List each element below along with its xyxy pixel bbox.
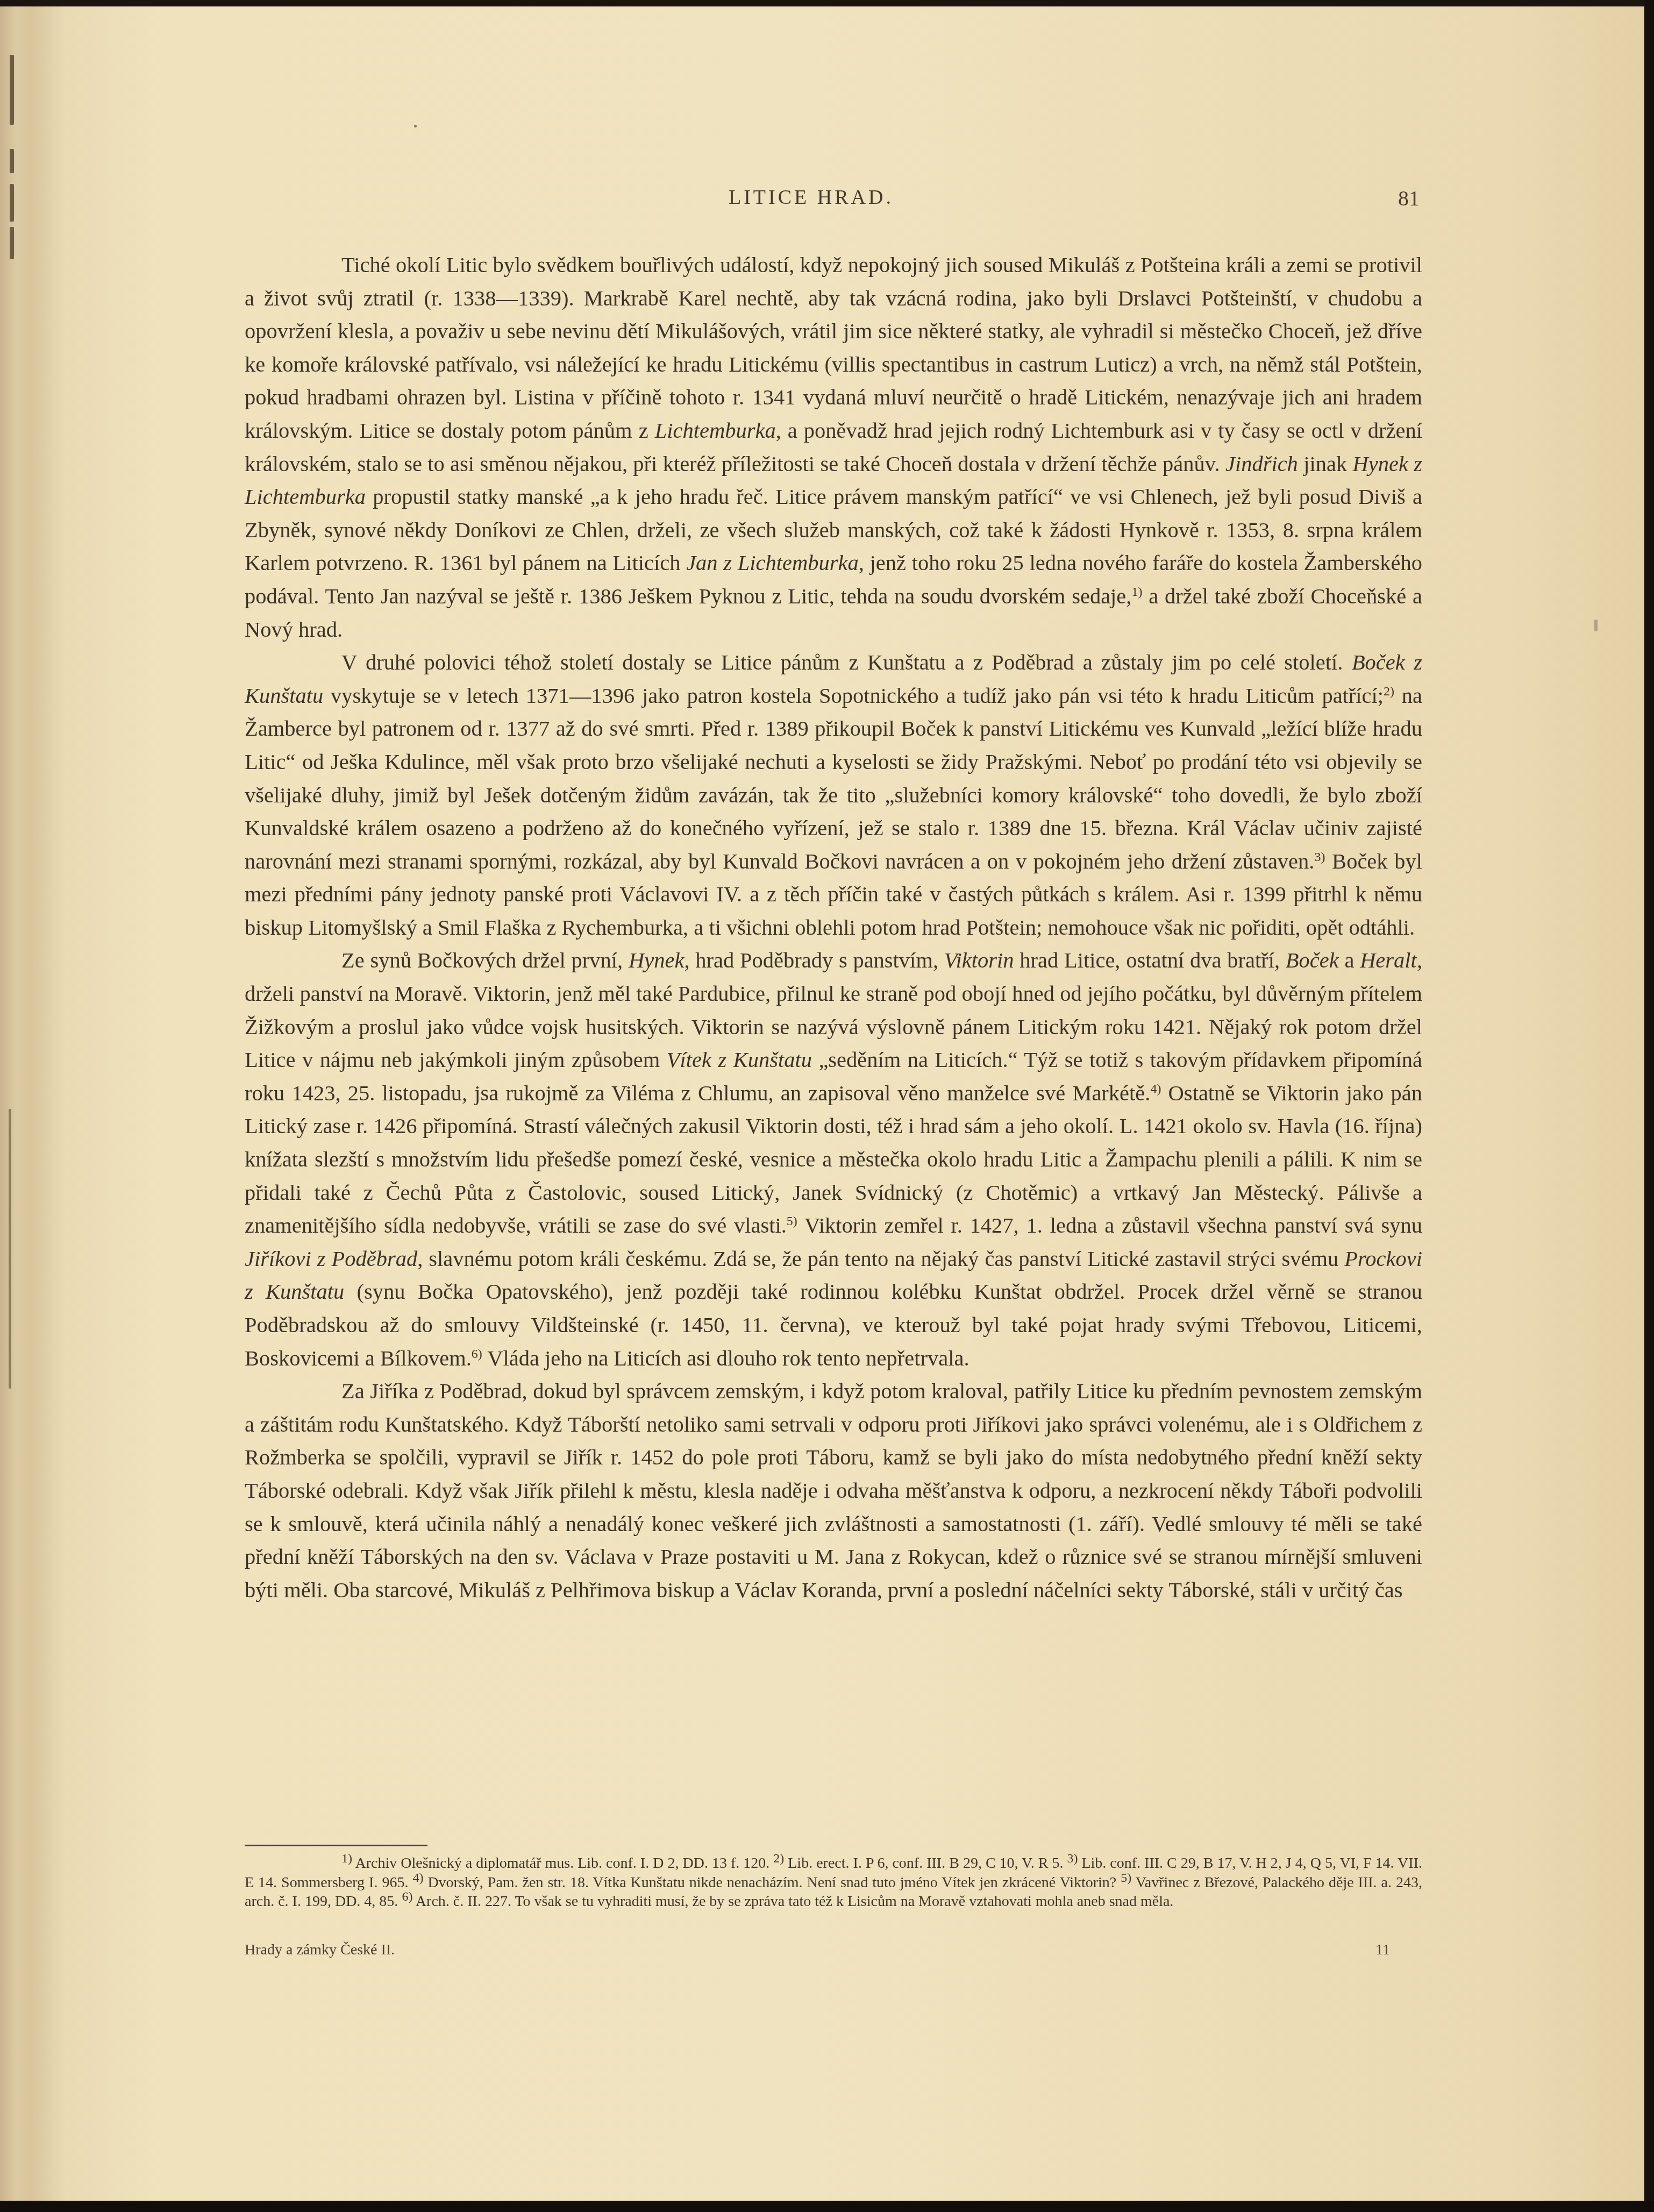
text-run: Ze synů Bočkových držel první, [341, 948, 629, 972]
italic-name: Viktorin [944, 948, 1014, 972]
footnote-text: Dvorský, Pam. žen str. 18. Vítka Kunštat… [423, 1874, 1121, 1891]
paper-speck [1594, 620, 1598, 631]
italic-name: Vítek z Kunštatu [667, 1048, 812, 1072]
text-run: a [1339, 948, 1360, 972]
footnote-mark: 6) [402, 1890, 412, 1904]
italic-name: Jindřich [1225, 452, 1298, 476]
footnote-mark: 2) [773, 1852, 784, 1866]
footnote-divider [245, 1845, 427, 1846]
footnote-ref: 5) [787, 1214, 797, 1228]
footnote-mark: 1) [341, 1852, 352, 1866]
italic-name: Jiříkovi z Poděbrad [245, 1247, 417, 1271]
text-run: Vláda jeho na Liticích asi dlouho rok te… [482, 1346, 969, 1370]
footnote-mark: 5) [1121, 1870, 1131, 1884]
running-title: LITICE HRAD. [729, 186, 894, 209]
printer-signature: Hrady a zámky České II. 11 [245, 1941, 1422, 1959]
text-run: Tiché okolí Litic bylo svědkem bouřlivýc… [245, 253, 1422, 443]
scan-bottom-edge [0, 2201, 1654, 2212]
text-run: na Žamberce byl patronem od r. 1377 až d… [245, 684, 1422, 873]
text-run: vyskytuje se v letech 1371—1396 jako pat… [323, 684, 1384, 708]
book-title: Hrady a zámky České II. [245, 1941, 395, 1958]
text-run: hrad Litice, ostatní dva bratří, [1014, 948, 1285, 972]
footnotes: 1) Archiv Olešnický a diplomatář mus. Li… [245, 1854, 1422, 1911]
italic-name: Heralt [1360, 948, 1417, 972]
scan-top-edge [0, 0, 1654, 6]
footnote-ref: 2) [1384, 684, 1394, 698]
footnote-block: 1) Archiv Olešnický a diplomatář mus. Li… [245, 1854, 1422, 1911]
text-run: Viktorin zemřel r. 1427, 1. ledna a zůst… [797, 1213, 1422, 1237]
binding-mark [10, 149, 14, 173]
paragraph: V druhé polovici téhož století dostaly s… [245, 646, 1422, 944]
text-run: , slavnému potom králi českému. Zdá se, … [417, 1247, 1344, 1271]
text-run: jinak [1298, 452, 1353, 476]
paragraph: Ze synů Bočkových držel první, Hynek, hr… [245, 944, 1422, 1375]
page-number: 81 [1398, 186, 1420, 211]
sheet-mark: 11 [1375, 1941, 1390, 1959]
text-run: Za Jiříka z Poděbrad, dokud byl správcem… [245, 1379, 1422, 1602]
text-run: , hrad Poděbrady s panstvím, [684, 948, 944, 972]
footnote-ref: 3) [1314, 850, 1325, 864]
running-head: LITICE HRAD. 81 [245, 186, 1420, 218]
footnote-text: Lib. erect. I. P 6, conf. III. B 29, C 1… [784, 1855, 1067, 1872]
footnote-text: Arch. č. II. 227. To však se tu vyhradit… [412, 1893, 1173, 1910]
footnote-ref: 4) [1150, 1082, 1161, 1096]
paragraph: Za Jiříka z Poděbrad, dokud byl správcem… [245, 1375, 1422, 1606]
footnote-ref: 1) [1131, 585, 1142, 599]
italic-name: Jan z Lichtemburka [686, 551, 859, 575]
text-run: V druhé polovici téhož století dostaly s… [341, 650, 1352, 674]
binding-mark [9, 1109, 11, 1389]
italic-name: Boček [1286, 948, 1339, 972]
paragraph: Tiché okolí Litic bylo svědkem bouřlivýc… [245, 248, 1422, 646]
binding-mark [10, 184, 14, 222]
footnote-mark: 3) [1067, 1852, 1078, 1866]
binding-mark [10, 55, 14, 125]
binding-mark [10, 227, 14, 259]
paper-speck [414, 125, 417, 127]
scan-right-edge [1644, 0, 1654, 2212]
body-text: Tiché okolí Litic bylo svědkem bouřlivýc… [245, 248, 1422, 1606]
italic-name: Lichtemburka [655, 418, 776, 443]
footnote-ref: 6) [472, 1347, 482, 1361]
footnote-text: Archiv Olešnický a diplomatář mus. Lib. … [352, 1855, 773, 1872]
italic-name: Hynek [629, 948, 684, 972]
footnote-mark: 4) [412, 1870, 423, 1884]
